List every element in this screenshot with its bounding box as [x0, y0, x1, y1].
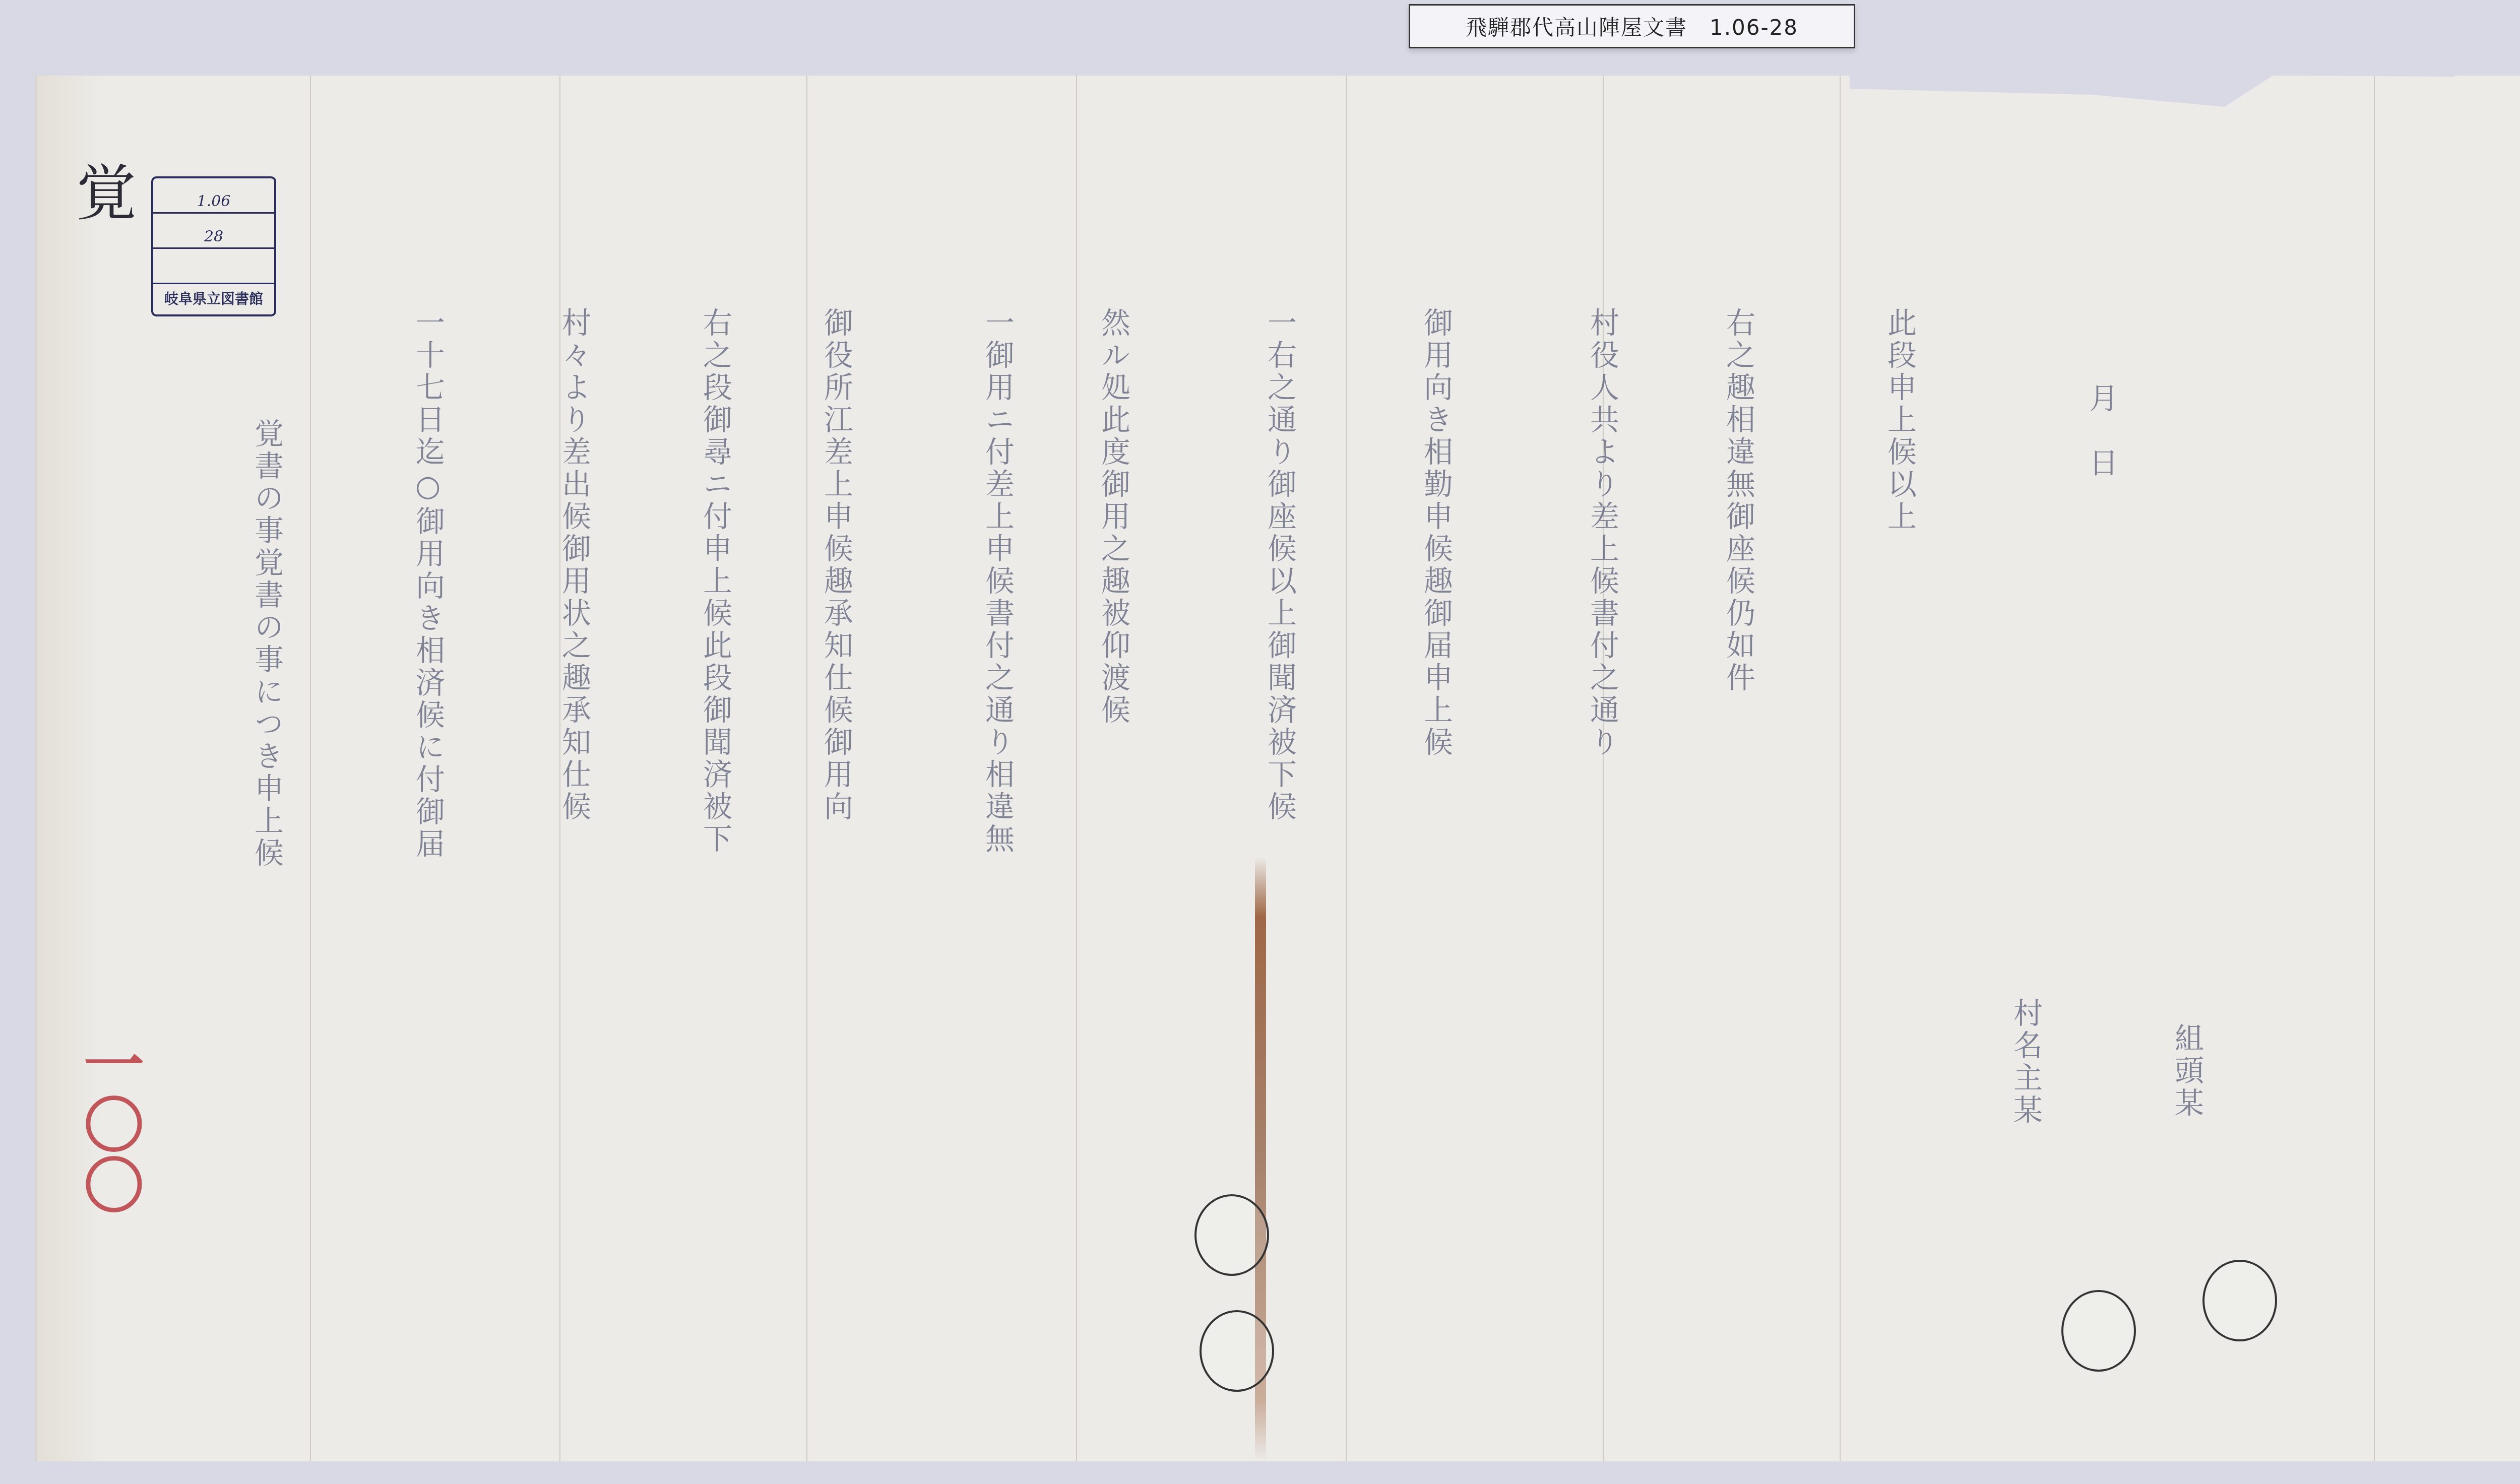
archive-label-slip: 飛騨郡代高山陣屋文書 1.06-28	[1409, 4, 1855, 48]
stamp-series-number: 1.06	[153, 178, 274, 214]
library-accession-stamp: 1.06 28 岐阜県立図書館	[151, 176, 276, 316]
text-column: 右之段御尋ニ付申上候此段御聞済被下	[701, 307, 730, 856]
text-column: 御用向き相勤申候趣御届申上候	[1421, 307, 1451, 759]
fold-line	[806, 76, 807, 1461]
stamp-blank-row	[153, 249, 274, 284]
fold-line	[2374, 76, 2375, 1461]
paper-panel	[35, 76, 102, 1461]
text-column: 一十七日迄○御用向き相済候に付御届	[413, 307, 443, 861]
fold-line	[1076, 76, 1077, 1461]
torn-edge	[1850, 71, 2454, 131]
seal-icon	[2202, 1260, 2277, 1341]
text-column: 右之趣相違無御座候仍如件	[1724, 307, 1753, 694]
text-column: 村々より差出候御用状之趣承知仕候	[559, 307, 589, 823]
fold-line	[1840, 76, 1841, 1461]
text-column: 村役人共より差上候書付之通り	[1588, 307, 1617, 759]
cover-character: 覚	[71, 161, 131, 222]
seal-icon	[1194, 1194, 1269, 1276]
seal-icon	[1200, 1310, 1274, 1392]
text-column: 此段申上候以上	[1885, 307, 1914, 533]
red-ink-number: 一〇〇	[76, 1033, 142, 1214]
text-column: 村名主某	[2011, 998, 2040, 1127]
text-column: 一右之通り御座候以上御聞済被下候	[1265, 307, 1294, 823]
stamp-item-number: 28	[153, 214, 274, 249]
fold-line	[1346, 76, 1347, 1461]
text-column: 月 日	[2087, 383, 2116, 480]
text-column: 組頭某	[2172, 1023, 2201, 1120]
text-column: 然ル処此度御用之趣被仰渡候	[1099, 307, 1128, 727]
text-column: 覚書の事覚書の事につき申上候	[252, 418, 281, 870]
text-column: 御役所江差上申候趣承知仕候御用向	[822, 307, 851, 823]
text-column: 一御用ニ付差上申候書付之通り相違無	[983, 307, 1012, 856]
fold-line	[1603, 76, 1604, 1461]
seal-icon	[2061, 1290, 2136, 1372]
stamp-institution: 岐阜県立図書館	[153, 284, 274, 314]
archive-label-text: 飛騨郡代高山陣屋文書 1.06-28	[1466, 11, 1798, 41]
fold-line	[310, 76, 311, 1461]
